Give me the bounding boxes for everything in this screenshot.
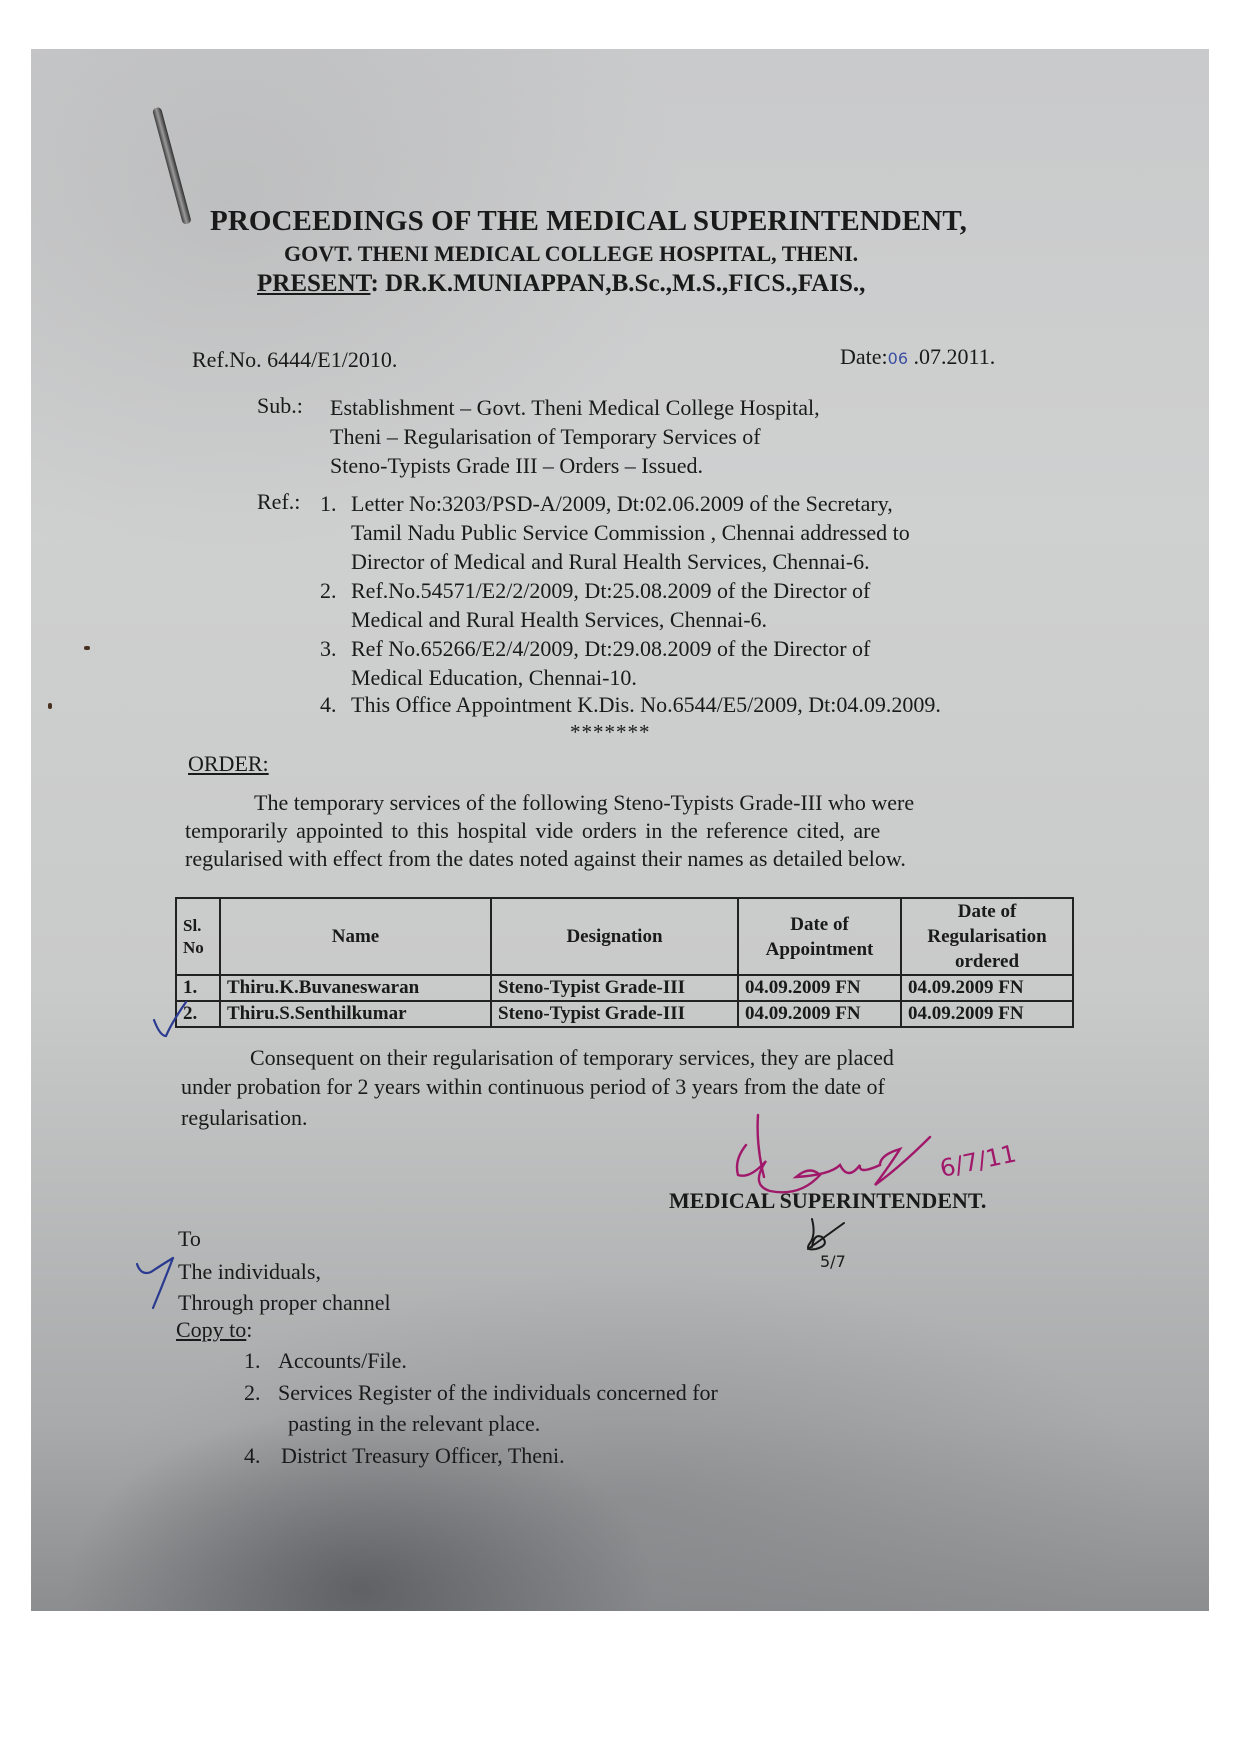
initials: 5/7 <box>800 1215 870 1275</box>
reference-item-4: 4. <box>320 692 337 718</box>
addressee-line: The individuals, <box>178 1256 391 1287</box>
subject-line: Establishment – Govt. Theni Medical Coll… <box>330 393 820 422</box>
reference-number: Ref.No. 6444/E1/2010. <box>192 347 397 373</box>
cell-date-appointment: 04.09.2009 FN <box>738 1001 901 1027</box>
present-value: : DR.K.MUNIAPPAN,B.Sc.,M.S.,FICS.,FAIS., <box>370 270 865 297</box>
header-name: Name <box>332 926 379 947</box>
staple <box>152 107 192 225</box>
cell-designation: Steno-Typist Grade-III <box>491 1001 738 1027</box>
date-handwritten-day: 06 <box>888 349 908 368</box>
speck <box>84 646 90 650</box>
signature-date: 6/7/11 <box>937 1139 1018 1182</box>
header-designation: Designation <box>566 926 662 947</box>
copy-item-num: 2. <box>244 1380 261 1406</box>
initials-date: 5/7 <box>820 1252 846 1271</box>
present-label: PRESENT <box>257 270 370 297</box>
cell-name: Thiru.K.Buvaneswaran <box>220 975 491 1001</box>
copy-item-num: 4. <box>244 1443 261 1469</box>
copy-item-num: 1. <box>244 1348 261 1374</box>
cell-date-regularisation: 04.09.2009 FN <box>901 975 1073 1001</box>
order-heading: ORDER: <box>188 751 269 777</box>
subject-label: Sub.: <box>257 393 303 419</box>
ref-line: Ref No.65266/E2/4/2009, Dt:29.08.2009 of… <box>351 634 870 663</box>
reference-item-2-text: Ref.No.54571/E2/2/2009, Dt:25.08.2009 of… <box>351 576 870 634</box>
reference-item-4-text: This Office Appointment K.Dis. No.6544/E… <box>351 692 941 718</box>
document-title: PROCEEDINGS OF THE MEDICAL SUPERINTENDEN… <box>210 205 967 238</box>
consequence-line: Consequent on their regularisation of te… <box>250 1045 894 1071</box>
col-date-appointment: Date ofAppointment <box>738 898 901 975</box>
subject-line: Steno-Typists Grade III – Orders – Issue… <box>330 451 820 480</box>
cell-date-regularisation: 04.09.2009 FN <box>901 1001 1073 1027</box>
cell-name: Thiru.S.Senthilkumar <box>220 1001 491 1027</box>
col-designation: Designation <box>491 898 738 975</box>
copy-item-text: Services Register of the individuals con… <box>278 1380 718 1406</box>
ref-line: Ref.No.54571/E2/2/2009, Dt:25.08.2009 of… <box>351 576 870 605</box>
ref-line: Medical and Rural Health Services, Chenn… <box>351 605 870 634</box>
copy-to-heading: Copy to: <box>176 1317 252 1343</box>
ref-line: Director of Medical and Rural Health Ser… <box>351 547 910 576</box>
reference-item-3-text: Ref No.65266/E2/4/2009, Dt:29.08.2009 of… <box>351 634 870 692</box>
ref-line: Tamil Nadu Public Service Commission , C… <box>351 518 910 547</box>
table-row: 1. Thiru.K.Buvaneswaran Steno-Typist Gra… <box>176 975 1073 1001</box>
references-label: Ref.: <box>257 489 300 515</box>
subject-line: Theni – Regularisation of Temporary Serv… <box>330 422 820 451</box>
separator-stars: ******* <box>570 720 651 745</box>
date-label: Date: <box>840 344 888 369</box>
ref-num: 4. <box>320 692 337 717</box>
copy-to-label: Copy to <box>176 1317 246 1342</box>
copy-item-text: pasting in the relevant place. <box>288 1411 540 1437</box>
speck <box>48 703 52 709</box>
addressee-lines: The individuals, Through proper channel <box>178 1256 391 1318</box>
reference-item-1-text: Letter No:3203/PSD-A/2009, Dt:02.06.2009… <box>351 489 910 576</box>
table-header-row: Sl.No Name Designation Date ofAppointmen… <box>176 898 1073 975</box>
checkmark-icon <box>150 998 200 1042</box>
ref-line: Letter No:3203/PSD-A/2009, Dt:02.06.2009… <box>351 489 910 518</box>
copy-to-colon: : <box>246 1317 252 1342</box>
addressee-line: Through proper channel <box>178 1287 391 1318</box>
order-paragraph-line: temporarily appointed to this hospital v… <box>185 818 880 844</box>
order-paragraph-line: regularised with effect from the dates n… <box>185 846 906 872</box>
document-date: Date:06 .07.2011. <box>840 344 995 370</box>
col-sl-no: Sl.No <box>176 898 220 975</box>
ref-num: 2. <box>320 578 337 603</box>
copy-item-text: Accounts/File. <box>278 1348 407 1374</box>
header-date-regularisation: Date ofRegularisationordered <box>927 901 1046 972</box>
order-paragraph-line: The temporary services of the following … <box>254 790 914 816</box>
copy-item-text: District Treasury Officer, Theni. <box>281 1443 565 1469</box>
subject-text: Establishment – Govt. Theni Medical Coll… <box>330 393 820 480</box>
checkmark-icon <box>133 1254 183 1314</box>
consequence-line: under probation for 2 years within conti… <box>181 1074 885 1100</box>
institution-name: GOVT. THENI MEDICAL COLLEGE HOSPITAL, TH… <box>284 241 858 267</box>
reference-item-2: 2. <box>320 576 337 605</box>
table-row: 2. Thiru.S.Senthilkumar Steno-Typist Gra… <box>176 1001 1073 1027</box>
ref-line: Medical Education, Chennai-10. <box>351 663 870 692</box>
col-name: Name <box>220 898 491 975</box>
regularisation-table: Sl.No Name Designation Date ofAppointmen… <box>175 897 1074 1028</box>
header-sl: Sl.No <box>183 916 204 957</box>
consequence-line: regularisation. <box>181 1105 307 1131</box>
reference-item-1: 1. <box>320 489 337 518</box>
reference-item-3: 3. <box>320 634 337 663</box>
cell-date-appointment: 04.09.2009 FN <box>738 975 901 1001</box>
signatory-designation: MEDICAL SUPERINTENDENT. <box>669 1188 986 1214</box>
col-date-regularisation: Date ofRegularisationordered <box>901 898 1073 975</box>
present-line: PRESENT: DR.K.MUNIAPPAN,B.Sc.,M.S.,FICS.… <box>257 270 865 298</box>
to-label: To <box>178 1226 201 1252</box>
header-date-appointment: Date ofAppointment <box>766 914 874 960</box>
date-rest: .07.2011. <box>908 344 995 369</box>
ref-num: 1. <box>320 491 337 516</box>
cell-designation: Steno-Typist Grade-III <box>491 975 738 1001</box>
ref-num: 3. <box>320 636 337 661</box>
